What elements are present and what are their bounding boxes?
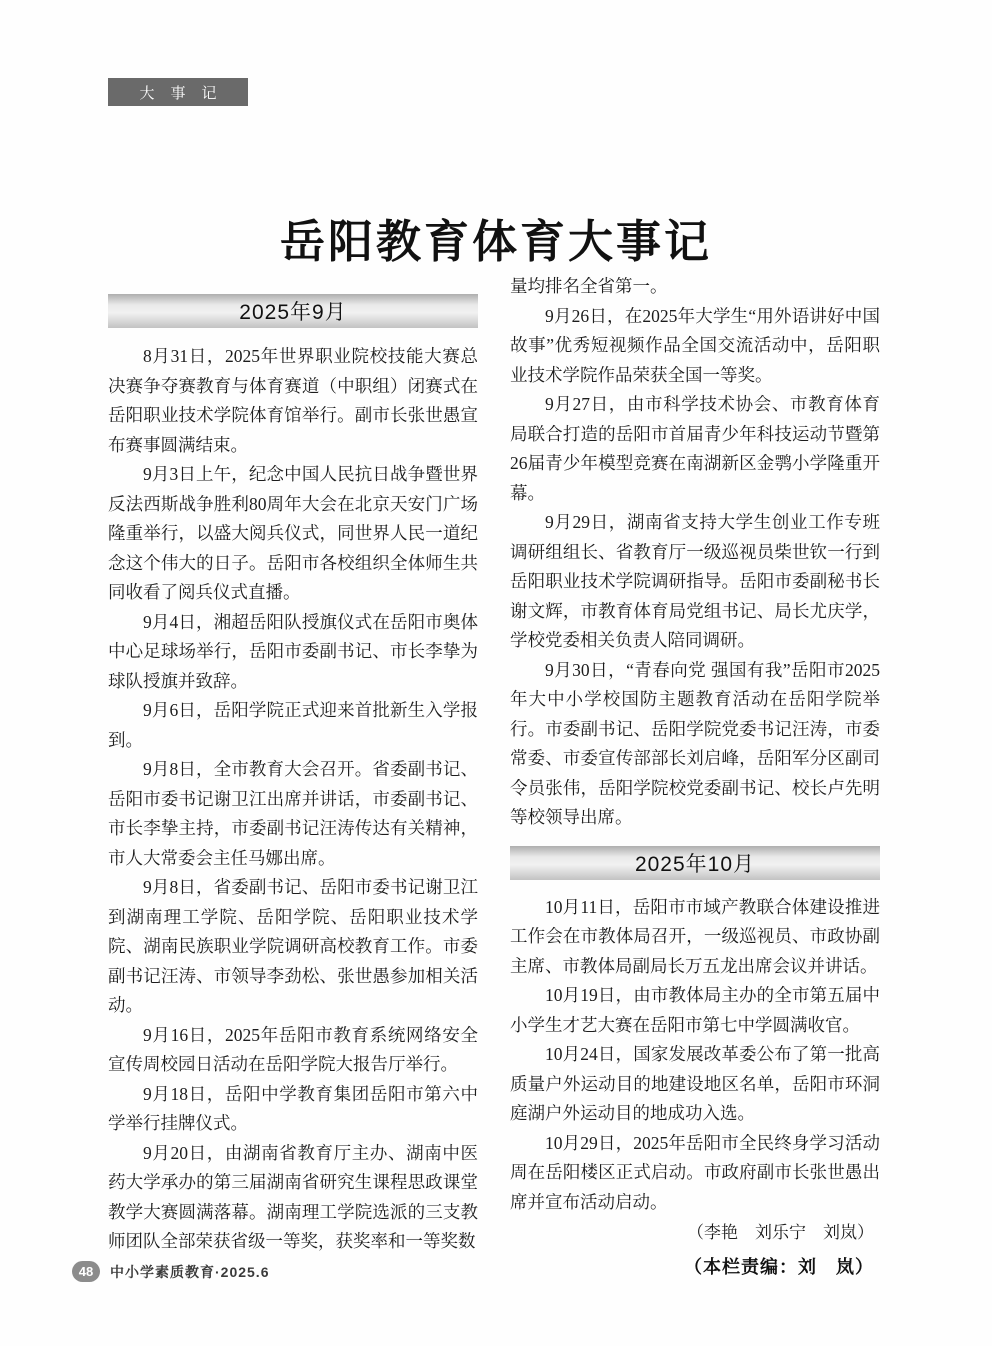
corner-tag: 大事记 xyxy=(108,78,248,106)
paragraph: 9月8日，省委副书记、岳阳市委书记谢卫江到湖南理工学院、岳阳学院、岳阳职业技术学… xyxy=(108,873,478,1021)
right-column: 量均排名全省第一。 9月26日，在2025年大学生“用外语讲好中国故事”优秀短视… xyxy=(510,272,880,1285)
journal-name: 中小学素质教育·2025.6 xyxy=(110,1262,269,1282)
credits-editor: （本栏责编：刘 岚） xyxy=(510,1249,874,1285)
paragraph: 9月8日，全市教育大会召开。省委副书记、岳阳市委书记谢卫江出席并讲话，市委副书记… xyxy=(108,755,478,873)
page-number-badge: 48 xyxy=(72,1261,100,1282)
paragraph: 9月18日，岳阳中学教育集团岳阳市第六中学举行挂牌仪式。 xyxy=(108,1080,478,1139)
paragraph: 9月16日，2025年岳阳市教育系统网络安全宣传周校园日活动在岳阳学院大报告厅举… xyxy=(108,1021,478,1080)
paragraph: 9月4日，湘超岳阳队授旗仪式在岳阳市奥体中心足球场举行，岳阳市委副书记、市长李挚… xyxy=(108,608,478,697)
section-heading-label: 2025年9月 xyxy=(239,296,346,326)
paragraph: 9月3日上午，纪念中国人民抗日战争暨世界反法西斯战争胜利80周年大会在北京天安门… xyxy=(108,460,478,608)
paragraph: 9月6日，岳阳学院正式迎来首批新生入学报到。 xyxy=(108,696,478,755)
paragraph: 9月20日，由湖南省教育厅主办、湖南中医药大学承办的第三届湖南省研究生课程思政课… xyxy=(108,1139,478,1257)
paragraph: 8月31日，2025年世界职业院校技能大赛总决赛争夺赛教育与体育赛道（中职组）闭… xyxy=(108,342,478,460)
credits: （李艳 刘乐宁 刘岚） （本栏责编：刘 岚） xyxy=(510,1217,880,1285)
paragraph: 9月30日，“青春向党 强国有我”岳阳市2025年大中小学校国防主题教育活动在岳… xyxy=(510,656,880,833)
section-heading-september: 2025年9月 xyxy=(108,294,478,328)
continuation-paragraph: 量均排名全省第一。 xyxy=(510,272,880,302)
paragraph: 10月24日，国家发展改革委公布了第一批高质量户外运动目的地建设地区名单，岳阳市… xyxy=(510,1040,880,1129)
paragraph: 9月29日，湖南省支持大学生创业工作专班调研组组长、省教育厅一级巡视员柴世钦一行… xyxy=(510,508,880,656)
corner-tag-label: 大事记 xyxy=(123,82,232,103)
magazine-page: 大事记 岳阳教育体育大事记 2025年9月 8月31日，2025年世界职业院校技… xyxy=(0,0,992,1346)
section-heading-label: 2025年10月 xyxy=(635,848,755,878)
article-body: 2025年9月 8月31日，2025年世界职业院校技能大赛总决赛争夺赛教育与体育… xyxy=(108,272,880,1285)
page-title: 岳阳教育体育大事记 xyxy=(0,205,992,270)
paragraph: 10月29日，2025年岳阳市全民终身学习活动周在岳阳楼区正式启动。市政府副市长… xyxy=(510,1129,880,1218)
paragraph: 10月19日，由市教体局主办的全市第五届中小学生才艺大赛在岳阳市第七中学圆满收官… xyxy=(510,981,880,1040)
credits-authors: （李艳 刘乐宁 刘岚） xyxy=(510,1217,874,1249)
left-column: 2025年9月 8月31日，2025年世界职业院校技能大赛总决赛争夺赛教育与体育… xyxy=(108,272,478,1285)
section-heading-october: 2025年10月 xyxy=(510,846,880,880)
paragraph: 9月27日，由市科学技术协会、市教育体育局联合打造的岳阳市首届青少年科技运动节暨… xyxy=(510,390,880,508)
page-footer: 48 中小学素质教育·2025.6 xyxy=(72,1261,269,1282)
paragraph: 9月26日，在2025年大学生“用外语讲好中国故事”优秀短视频作品全国交流活动中… xyxy=(510,302,880,391)
paragraph: 10月11日，岳阳市市域产教联合体建设推进工作会在市教体局召开，一级巡视员、市政… xyxy=(510,893,880,982)
